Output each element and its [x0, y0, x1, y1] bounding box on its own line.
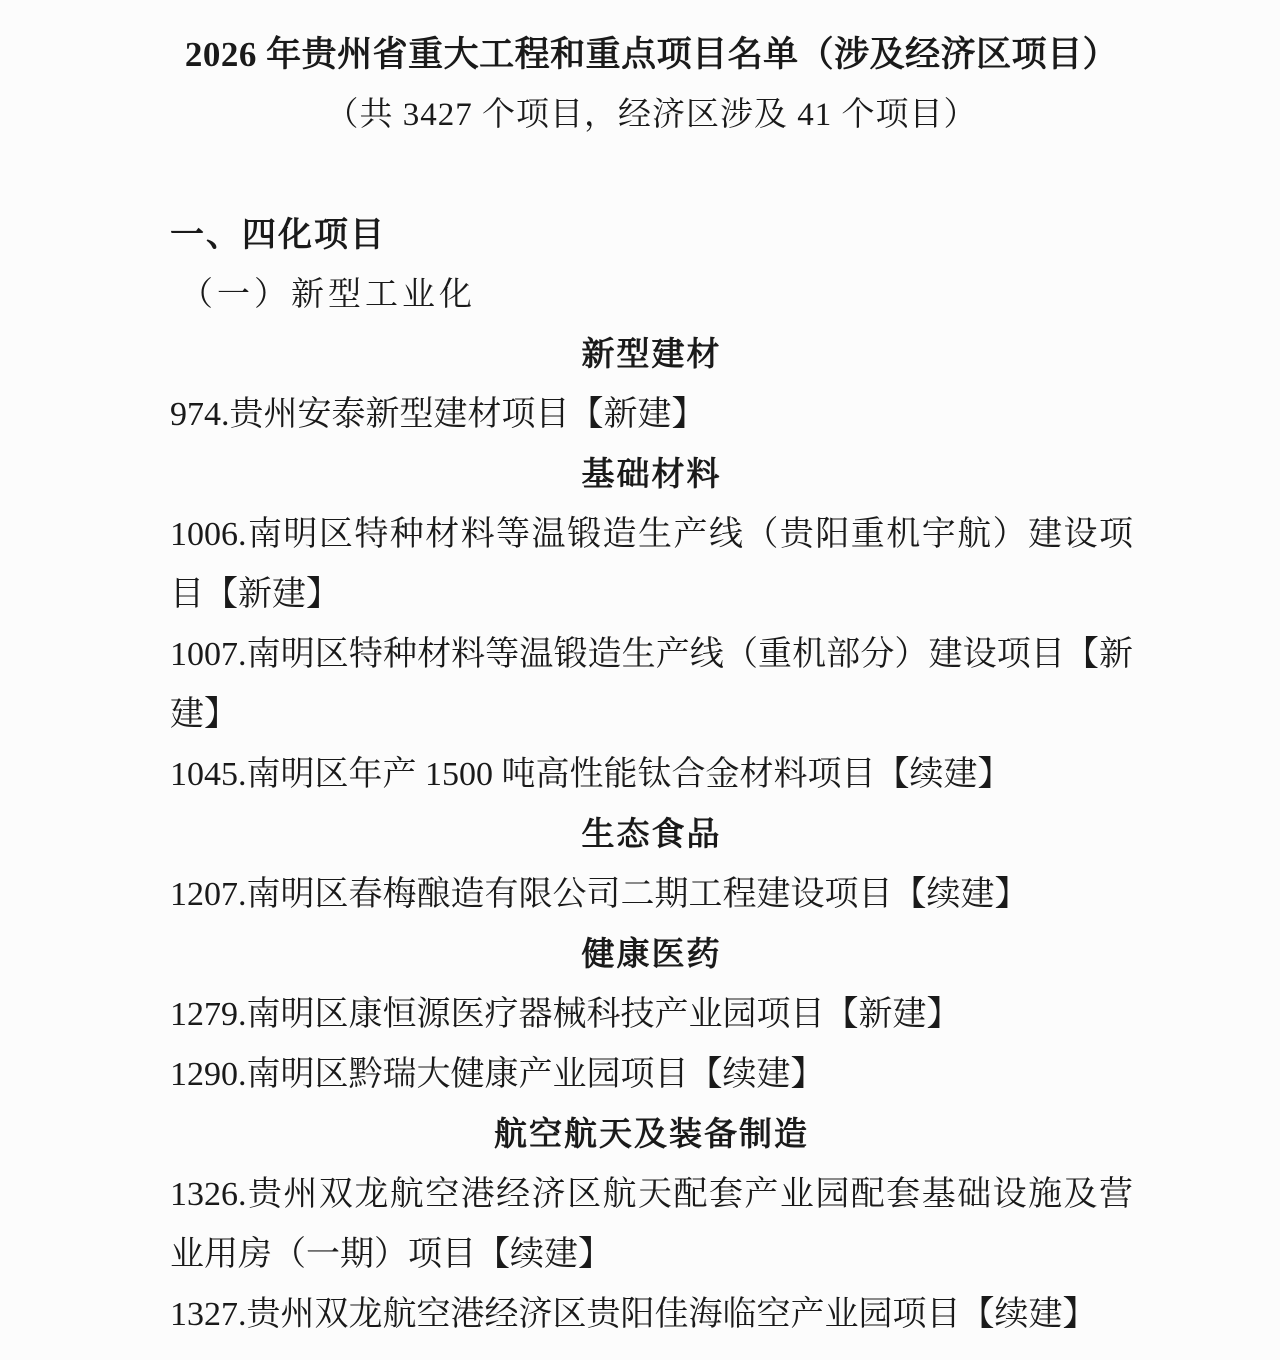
project-line: 1045.南明区年产 1500 吨高性能钛合金材料项目【续建】	[170, 745, 1133, 805]
document-title: 2026 年贵州省重大工程和重点项目名单（涉及经济区项目）	[170, 25, 1133, 85]
project-line: 1279.南明区康恒源医疗器械科技产业园项目【新建】	[170, 985, 1133, 1045]
project-line: 目【新建】	[170, 565, 1133, 625]
document-subtitle: （共 3427 个项目，经济区涉及 41 个项目）	[170, 85, 1133, 145]
project-line: 建】	[170, 685, 1133, 745]
project-line: 1327.贵州双龙航空港经济区贵阳佳海临空产业园项目【续建】	[170, 1285, 1133, 1345]
project-line: 974.贵州安泰新型建材项目【新建】	[170, 385, 1133, 445]
document-header: 2026 年贵州省重大工程和重点项目名单（涉及经济区项目） （共 3427 个项…	[170, 25, 1133, 145]
category-heading: 健康医药	[170, 925, 1133, 985]
project-line: 业用房（一期）项目【续建】	[170, 1225, 1133, 1285]
section-subheading: （一）新型工业化	[170, 265, 1133, 325]
project-line: 1007.南明区特种材料等温锻造生产线（重机部分）建设项目【新	[170, 625, 1133, 685]
category-heading: 基础材料	[170, 445, 1133, 505]
project-line: 1326.贵州双龙航空港经济区航天配套产业园配套基础设施及营	[170, 1165, 1133, 1225]
document-page: 2026 年贵州省重大工程和重点项目名单（涉及经济区项目） （共 3427 个项…	[0, 0, 1280, 1360]
project-line: 1207.南明区春梅酿造有限公司二期工程建设项目【续建】	[170, 865, 1133, 925]
category-heading: 新型建材	[170, 325, 1133, 385]
document-body: 一、四化项目（一）新型工业化新型建材974.贵州安泰新型建材项目【新建】基础材料…	[170, 205, 1133, 1345]
project-line: 1290.南明区黔瑞大健康产业园项目【续建】	[170, 1045, 1133, 1105]
category-heading: 生态食品	[170, 805, 1133, 865]
section-heading: 一、四化项目	[170, 205, 1133, 265]
project-line: 1006.南明区特种材料等温锻造生产线（贵阳重机宇航）建设项	[170, 505, 1133, 565]
category-heading: 航空航天及装备制造	[170, 1105, 1133, 1165]
